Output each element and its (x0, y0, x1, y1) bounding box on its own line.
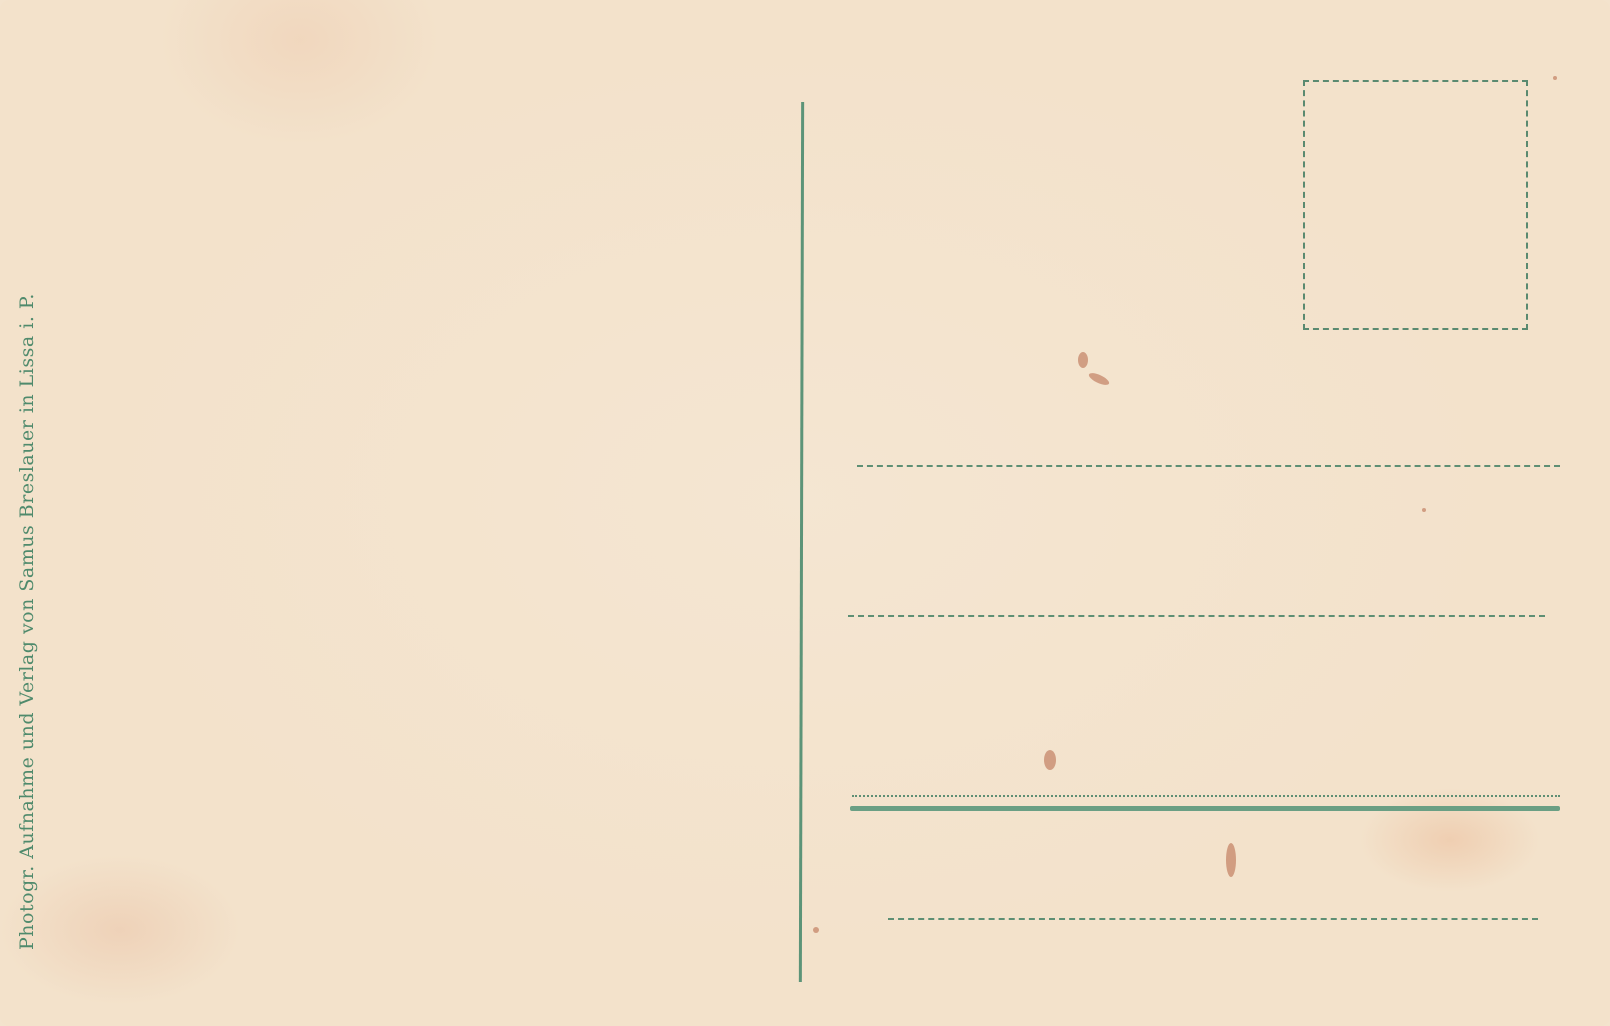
foxing-stain (813, 927, 819, 933)
vertical-divider (799, 102, 804, 982)
postcard-back: Photogr. Aufnahme und Verlag von Samus B… (0, 0, 1610, 1026)
address-line-3 (852, 795, 1560, 797)
address-line-1 (857, 465, 1560, 467)
address-line-4 (888, 918, 1538, 920)
foxing-stain (1044, 750, 1056, 770)
foxing-stain (1422, 508, 1426, 512)
foxing-stain (1087, 371, 1110, 388)
publisher-imprint: Photogr. Aufnahme und Verlag von Samus B… (16, 293, 38, 950)
foxing-stain (1226, 843, 1236, 877)
stamp-placeholder-box (1303, 80, 1528, 330)
address-underline-rule (850, 806, 1560, 811)
address-line-2 (848, 615, 1545, 617)
foxing-stain (1078, 352, 1088, 368)
foxing-stain (1553, 76, 1557, 80)
